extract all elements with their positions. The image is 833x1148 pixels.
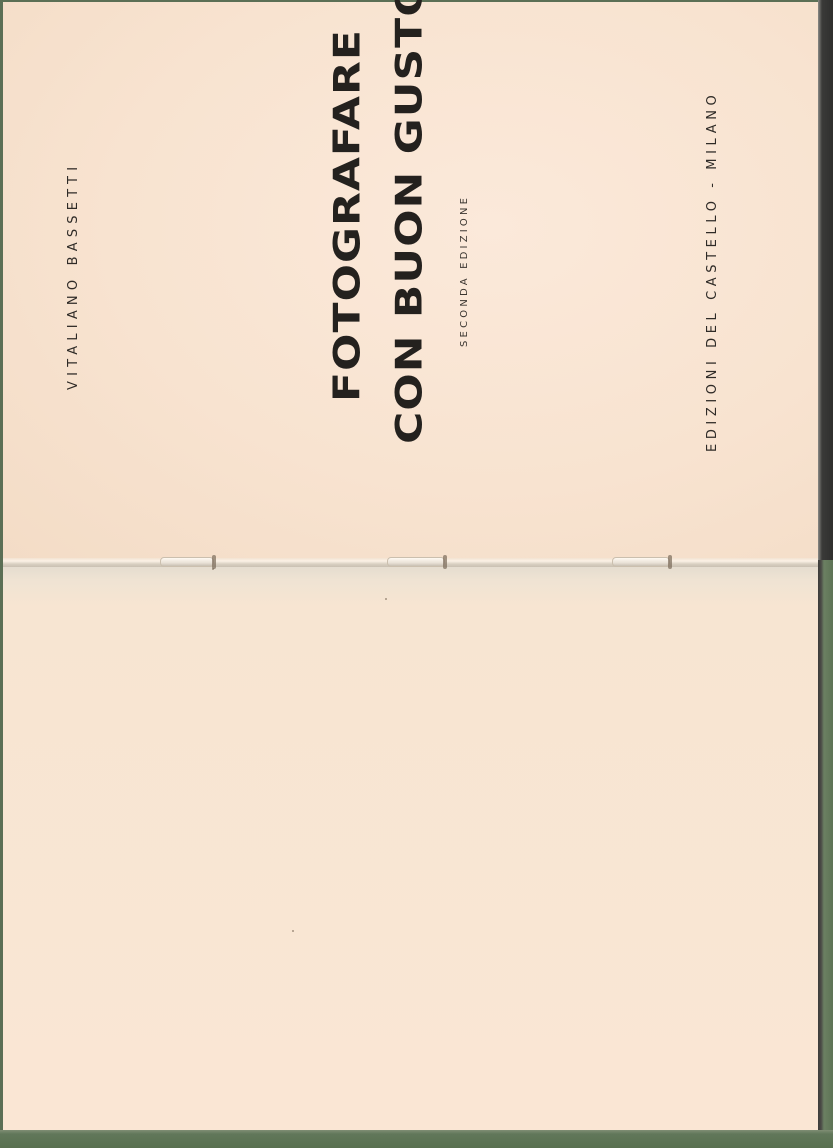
edition-label: SECONDA EDIZIONE bbox=[459, 188, 470, 354]
staple bbox=[612, 557, 670, 567]
paper-speck bbox=[292, 930, 294, 932]
scanned-book-spread: VITALIANO BASSETTI FOTOGRAFARE CON BUON … bbox=[0, 0, 833, 1148]
cover-cloth-bottom-edge bbox=[0, 1130, 833, 1148]
publisher-imprint: EDIZIONI DEL CASTELLO - MILANO bbox=[705, 96, 720, 452]
staple bbox=[387, 557, 445, 567]
book-title-line-2: CON BUON GUSTO bbox=[392, 104, 428, 444]
staple bbox=[160, 557, 214, 567]
author-name: VITALIANO BASSETTI bbox=[66, 168, 81, 390]
paper-speck bbox=[385, 598, 387, 600]
book-title-line-1: FOTOGRAFARE bbox=[330, 150, 366, 402]
facing-blank-page bbox=[3, 566, 818, 1130]
cover-shadow-edge bbox=[818, 0, 833, 560]
paper-speck bbox=[212, 568, 214, 570]
